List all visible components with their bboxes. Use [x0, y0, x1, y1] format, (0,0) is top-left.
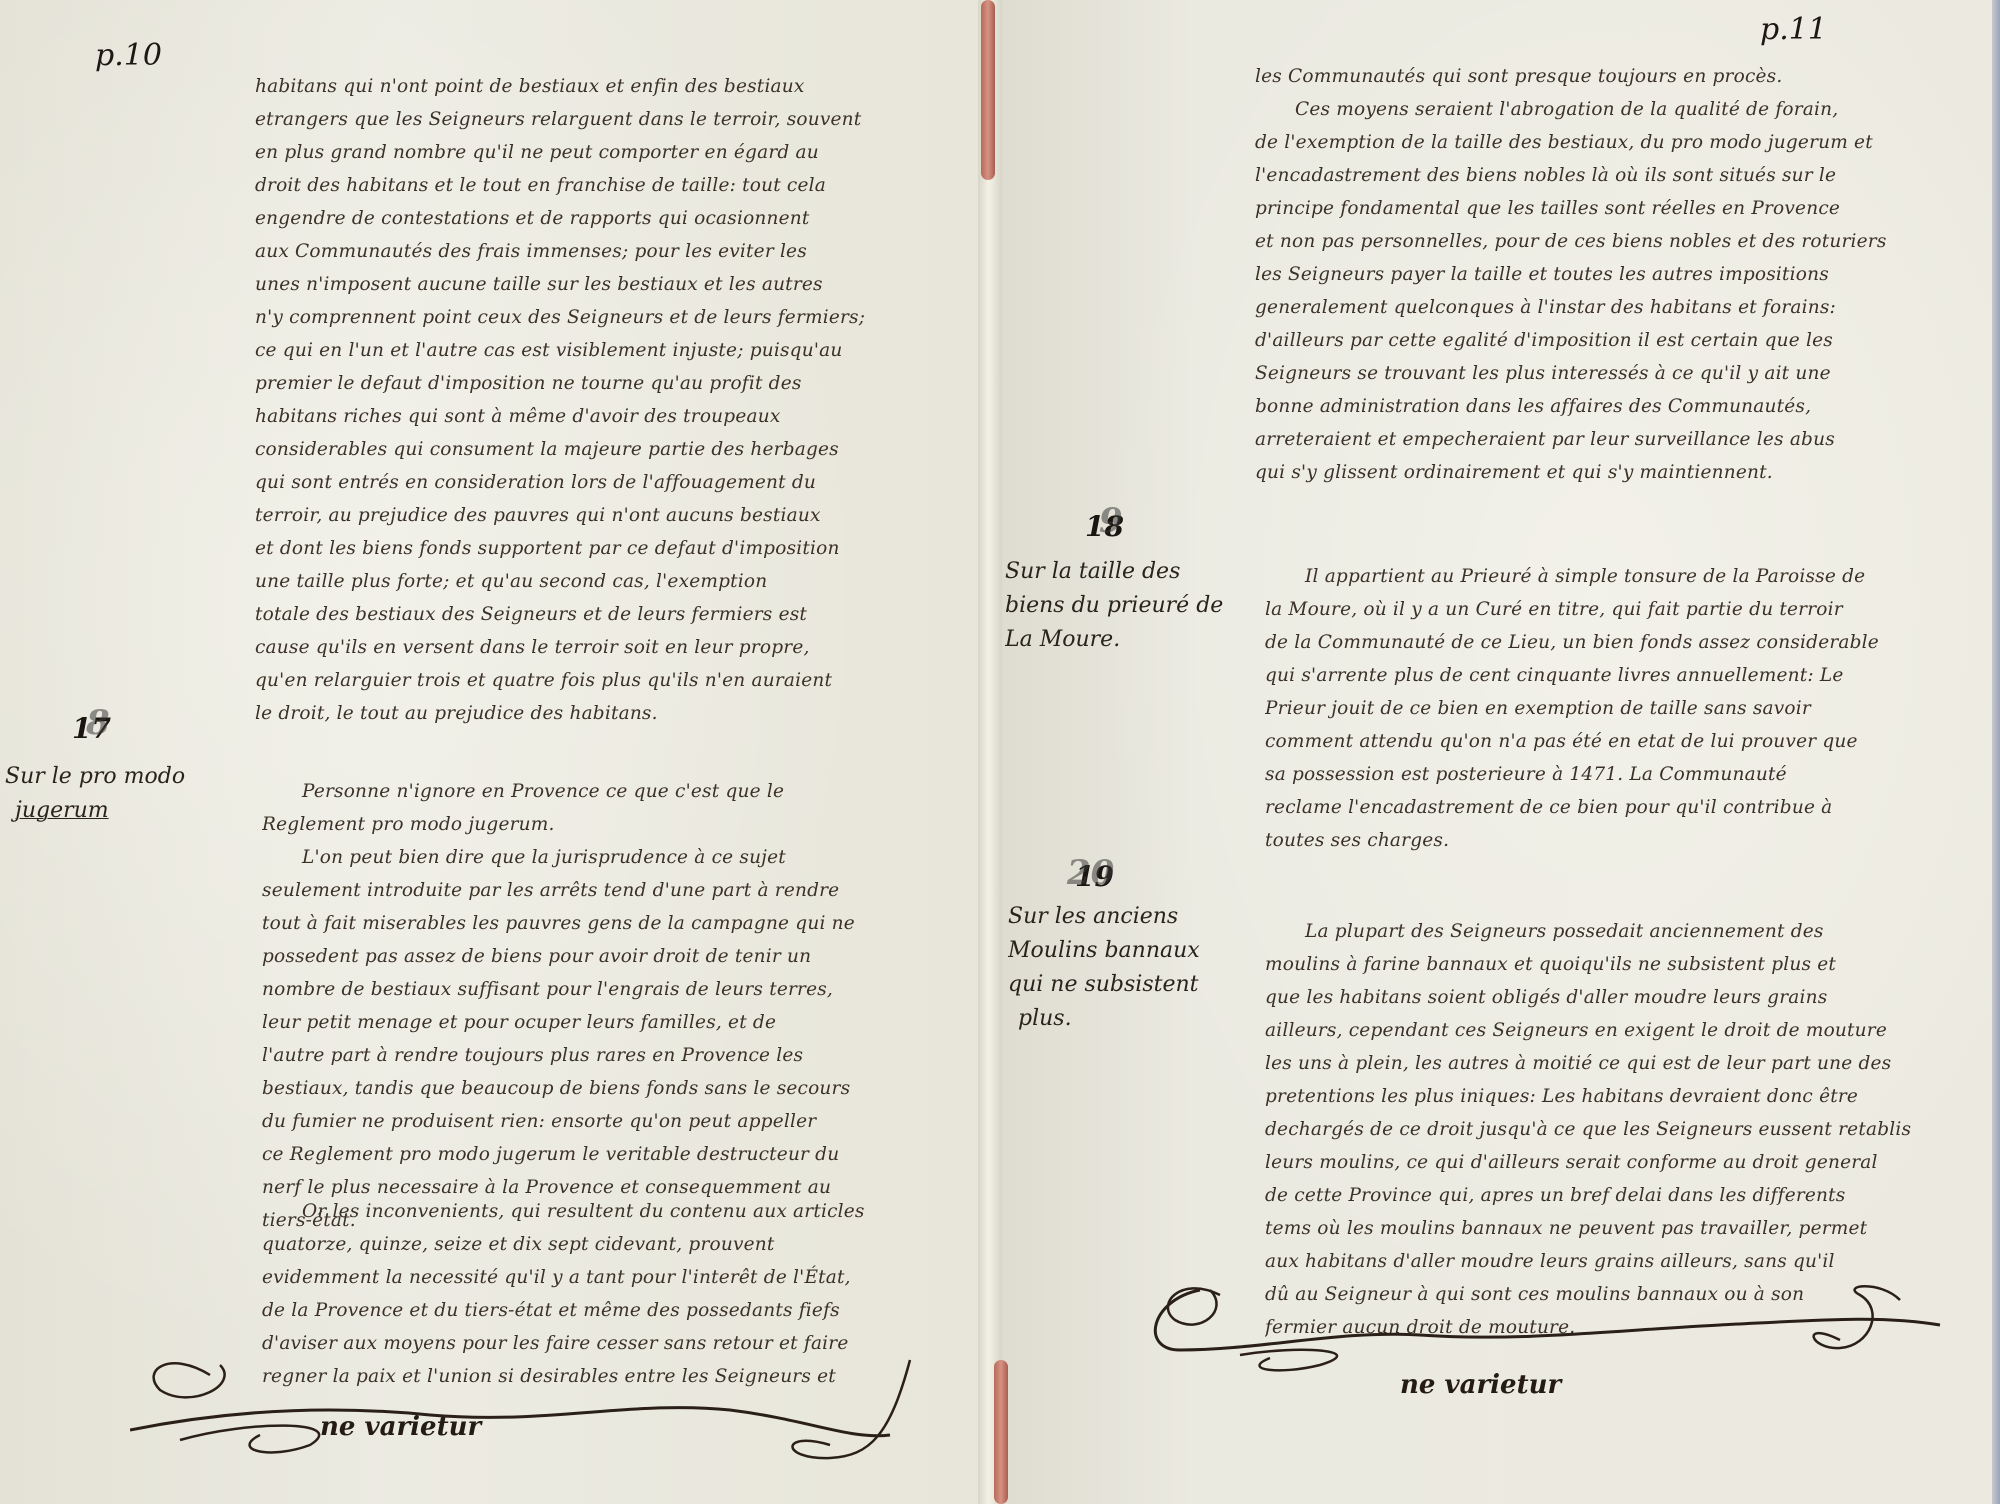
left-text-block-1: habitans qui n'ont point de bestiaux et … — [255, 70, 945, 730]
margin-line: qui ne subsistent — [1008, 968, 1200, 1002]
text-line: les Seigneurs payer la taille et toutes … — [1255, 258, 1955, 291]
signature-flourish-right — [1140, 1270, 2000, 1380]
page-number-right: p.11 — [1760, 12, 1827, 47]
book-gutter — [978, 0, 1002, 1504]
text-line: dechargés de ce droit jusqu'à ce que les… — [1265, 1113, 1965, 1146]
text-line: le droit, le tout au prejudice des habit… — [255, 697, 945, 730]
margin-line: jugerum — [5, 794, 185, 828]
margin-line: Sur le pro modo — [5, 760, 185, 794]
text-line: habitans riches qui sont à même d'avoir … — [255, 400, 945, 433]
text-line: reclame l'encadastrement de ce bien pour… — [1265, 791, 1965, 824]
margin-note-article-17: 17 8 — [72, 712, 111, 749]
text-line: unes n'imposent aucune taille sur les be… — [255, 268, 945, 301]
text-line: ailleurs, cependant ces Seigneurs en exi… — [1265, 1014, 1965, 1047]
margin-line: Sur les anciens — [1008, 900, 1200, 934]
text-line: toutes ses charges. — [1265, 824, 1965, 857]
text-line: de cette Province qui, apres un bref del… — [1265, 1179, 1965, 1212]
text-line: moulins à farine bannaux et quoiqu'ils n… — [1265, 948, 1965, 981]
text-line: nombre de bestiaux suffisant pour l'engr… — [262, 973, 952, 1006]
margin-note-article-18: 18 9 — [1085, 510, 1124, 547]
signature-ne-varietur-left: ne varietur — [320, 1412, 481, 1442]
text-line: et dont les biens fonds supportent par c… — [255, 532, 945, 565]
text-line: qui s'y glissent ordinairement et qui s'… — [1255, 456, 1955, 489]
text-line: etrangers que les Seigneurs relarguent d… — [255, 103, 945, 136]
margin-note-19-heading: Sur les anciens Moulins bannaux qui ne s… — [1008, 900, 1200, 1036]
text-line: de la Communauté de ce Lieu, un bien fon… — [1265, 626, 1965, 659]
text-line: Or les inconvenients, qui resultent du c… — [262, 1195, 952, 1228]
text-line: bonne administration dans les affaires d… — [1255, 390, 1955, 423]
text-line: ce Reglement pro modo jugerum le veritab… — [262, 1138, 952, 1171]
margin-note-18-heading: Sur la taille des biens du prieuré de La… — [1005, 555, 1223, 657]
text-line: les uns à plein, les autres à moitié ce … — [1265, 1047, 1965, 1080]
text-line: seulement introduite par les arrêts tend… — [262, 874, 952, 907]
margin-note-17-heading: Sur le pro modo jugerum — [5, 760, 185, 828]
left-text-block-2: Personne n'ignore en Provence ce que c'e… — [262, 775, 952, 1237]
text-line: possedent pas assez de biens pour avoir … — [262, 940, 952, 973]
margin-line: La Moure. — [1005, 623, 1223, 657]
text-line: sa possession est posterieure à 1471. La… — [1265, 758, 1965, 791]
page-number-left: p.10 — [95, 38, 162, 73]
text-line: terroir, au prejudice des pauvres qui n'… — [255, 499, 945, 532]
text-line: de l'exemption de la taille des bestiaux… — [1255, 126, 1955, 159]
text-line: tout à fait miserables les pauvres gens … — [262, 907, 952, 940]
text-line: du fumier ne produisent rien: ensorte qu… — [262, 1105, 952, 1138]
margin-note-article-19: 19 20 — [1075, 860, 1114, 897]
right-text-block-2: Il appartient au Prieuré à simple tonsur… — [1265, 560, 1965, 857]
text-line: pretentions les plus iniques: Les habita… — [1265, 1080, 1965, 1113]
text-line: Reglement pro modo jugerum. — [262, 808, 952, 841]
text-line: qui s'arrente plus de cent cinquante liv… — [1265, 659, 1965, 692]
margin-line: Sur la taille des — [1005, 555, 1223, 589]
right-text-block-1: les Communautés qui sont presque toujour… — [1255, 60, 1955, 489]
text-line: premier le defaut d'imposition ne tourne… — [255, 367, 945, 400]
article-number-overwrite: 9 — [1099, 504, 1123, 538]
text-line: la Moure, où il y a un Curé en titre, qu… — [1265, 593, 1965, 626]
text-line: d'ailleurs par cette egalité d'impositio… — [1255, 324, 1955, 357]
article-number-overwrite: 20 — [1067, 856, 1114, 890]
text-line: arreteraient et empecheraient par leur s… — [1255, 423, 1955, 456]
margin-line: Moulins bannaux — [1008, 934, 1200, 968]
text-line: leurs moulins, ce qui d'ailleurs serait … — [1265, 1146, 1965, 1179]
text-line: les Communautés qui sont presque toujour… — [1255, 60, 1955, 93]
text-line: Seigneurs se trouvant les plus interessé… — [1255, 357, 1955, 390]
text-line: leur petit menage et pour ocuper leurs f… — [262, 1006, 952, 1039]
text-line: L'on peut bien dire que la jurisprudence… — [262, 841, 952, 874]
text-line: ce qui en l'un et l'autre cas est visibl… — [255, 334, 945, 367]
text-line: considerables qui consument la majeure p… — [255, 433, 945, 466]
article-number: 17 8 — [72, 712, 111, 746]
text-line: Il appartient au Prieuré à simple tonsur… — [1265, 560, 1965, 593]
text-line: que les habitans soient obligés d'aller … — [1265, 981, 1965, 1014]
article-number: 18 9 — [1085, 510, 1124, 544]
text-line: en plus grand nombre qu'il ne peut compo… — [255, 136, 945, 169]
text-line: comment attendu qu'on n'a pas été en eta… — [1265, 725, 1965, 758]
text-line: droit des habitans et le tout en franchi… — [255, 169, 945, 202]
text-line: generalement quelconques à l'instar des … — [1255, 291, 1955, 324]
text-line: et non pas personnelles, pour de ces bie… — [1255, 225, 1955, 258]
article-number: 19 20 — [1075, 860, 1114, 894]
text-line: Ces moyens seraient l'abrogation de la q… — [1255, 93, 1955, 126]
text-line: tems où les moulins bannaux ne peuvent p… — [1265, 1212, 1965, 1245]
text-line: La plupart des Seigneurs possedait ancie… — [1265, 915, 1965, 948]
text-line: de la Provence et du tiers-état et même … — [262, 1294, 952, 1327]
text-line: l'autre part à rendre toujours plus rare… — [262, 1039, 952, 1072]
text-line: quatorze, quinze, seize et dix sept cide… — [262, 1228, 952, 1261]
binding-thread-top — [981, 0, 995, 180]
text-line: qu'en relarguier trois et quatre fois pl… — [255, 664, 945, 697]
text-line: totale des bestiaux des Seigneurs et de … — [255, 598, 945, 631]
margin-line: plus. — [1008, 1002, 1200, 1036]
text-line: une taille plus forte; et qu'au second c… — [255, 565, 945, 598]
text-line: bestiaux, tandis que beaucoup de biens f… — [262, 1072, 952, 1105]
signature-flourish-left — [130, 1330, 950, 1460]
text-line: cause qu'ils en versent dans le terroir … — [255, 631, 945, 664]
text-line: l'encadastrement des biens nobles là où … — [1255, 159, 1955, 192]
text-line: principe fondamental que les tailles son… — [1255, 192, 1955, 225]
text-line: Personne n'ignore en Provence ce que c'e… — [262, 775, 952, 808]
text-line: n'y comprennent point ceux des Seigneurs… — [255, 301, 945, 334]
text-line: qui sont entrés en consideration lors de… — [255, 466, 945, 499]
text-line: Prieur jouit de ce bien en exemption de … — [1265, 692, 1965, 725]
signature-ne-varietur-right: ne varietur — [1400, 1370, 1561, 1400]
binding-thread-bottom — [994, 1360, 1008, 1504]
article-number-overwrite: 8 — [86, 706, 110, 740]
margin-line: biens du prieuré de — [1005, 589, 1223, 623]
text-line: aux Communautés des frais immenses; pour… — [255, 235, 945, 268]
text-line: habitans qui n'ont point de bestiaux et … — [255, 70, 945, 103]
text-line: evidemment la necessité qu'il y a tant p… — [262, 1261, 952, 1294]
text-line: engendre de contestations et de rapports… — [255, 202, 945, 235]
